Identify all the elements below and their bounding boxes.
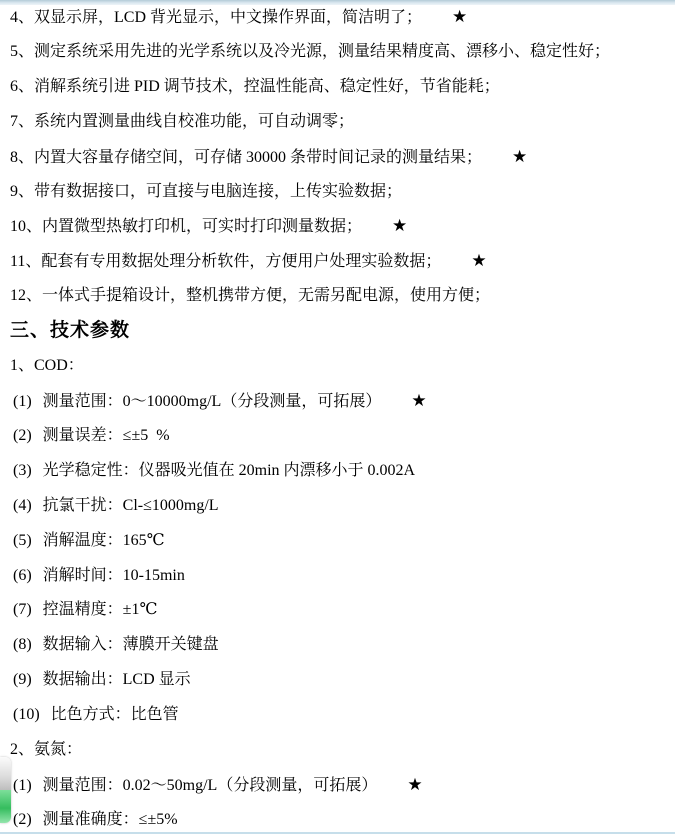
item-text: 抗氯干扰：Cl-≤1000mg/L [43,497,219,514]
feature-text: 9、带有数据接口，可直接与电脑连接，上传实验数据； [10,183,402,200]
document-content: 4、双显示屏，LCD 背光显示，中文操作界面，简洁明了；★5、测定系统采用先进的… [0,0,675,838]
cod-item-line: (1)测量范围：0～10000mg/L（分段测量，可拓展）★ [0,384,675,419]
bottom-border-line [0,832,675,834]
feature-text: 4、双显示屏，LCD 背光显示，中文操作界面，简洁明了； [10,9,422,26]
item-text: 测量范围：0.02～50mg/L（分段测量，可拓展） [43,777,378,794]
feature-text: 10、内置微型热敏打印机，可实时打印测量数据； [10,218,362,235]
item-number: (10) [13,698,40,733]
cod-title: 1、COD： [0,349,675,384]
item-number: (1) [13,769,32,803]
item-number: (1) [13,385,32,419]
item-number: (9) [13,663,32,698]
feature-line: 7、系统内置测量曲线自校准功能，可自动调零； [0,105,675,140]
section-heading-text: 三、技术参数 [10,320,130,341]
item-text: 测量范围：0～10000mg/L（分段测量，可拓展） [43,393,382,410]
item-text: 测量准确度：≤±5% [43,811,178,828]
item-number: (4) [13,489,32,524]
star-mark: ★ [411,391,426,410]
feature-line: 4、双显示屏，LCD 背光显示，中文操作界面，简洁明了；★ [0,0,675,35]
feature-line: 12、一体式手提箱设计，整机携带方便，无需另配电源，使用方便； [0,279,675,314]
item-text: 数据输入：薄膜开关键盘 [43,636,219,653]
side-widget-gray-half [0,757,11,790]
cod-item-line: (8)数据输入：薄膜开关键盘 [0,628,675,663]
item-number: (2) [13,419,32,454]
section-heading: 三、技术参数 [0,314,675,349]
item-text: 比色方式：比色管 [51,706,179,723]
cod-item-line: (9)数据输出：LCD 显示 [0,663,675,698]
feature-text: 6、消解系统引进 PID 调节技术，控温性能高、稳定性好，节省能耗； [10,78,500,95]
feature-text: 8、内置大容量存储空间，可存储 30000 条带时间记录的测量结果； [10,149,482,166]
star-mark: ★ [407,775,422,794]
item-text: 光学稳定性：仪器吸光值在 20min 内漂移小于 0.002A [43,462,415,479]
ammonia-item-line: (1)测量范围：0.02～50mg/L（分段测量，可拓展）★ [0,768,675,803]
ammonia-title: 2、氨氮： [0,733,675,768]
feature-line: 9、带有数据接口，可直接与电脑连接，上传实验数据； [0,175,675,210]
cod-item-line: (7)控温精度：±1℃ [0,593,675,628]
item-number: (7) [13,593,32,628]
floating-side-widget[interactable] [0,757,11,823]
item-number: (3) [13,454,32,489]
cod-item-line: (2)测量误差：≤±5 % [0,419,675,454]
item-text: 测量误差：≤±5 % [43,427,170,444]
feature-text: 11、配套有专用数据处理分析软件，方便用户处理实验数据； [10,253,441,270]
feature-text: 7、系统内置测量曲线自校准功能，可自动调零； [10,113,354,130]
cod-item-line: (6)消解时间：10-15min [0,559,675,594]
item-text: 控温精度：±1℃ [43,601,158,618]
feature-line: 10、内置微型热敏打印机，可实时打印测量数据；★ [0,209,675,244]
side-widget-green-half [0,790,11,823]
ammonia-title-text: 2、氨氮： [10,741,82,758]
cod-item-line: (10)比色方式：比色管 [0,698,675,733]
cod-item-line: (4)抗氯干扰：Cl-≤1000mg/L [0,489,675,524]
cod-item-line: (3)光学稳定性：仪器吸光值在 20min 内漂移小于 0.002A [0,454,675,489]
star-mark: ★ [512,147,527,166]
item-text: 消解温度：165℃ [43,532,165,549]
feature-line: 11、配套有专用数据处理分析软件，方便用户处理实验数据；★ [0,244,675,279]
feature-text: 12、一体式手提箱设计，整机携带方便，无需另配电源，使用方便； [10,287,490,304]
item-number: (5) [13,524,32,559]
item-text: 消解时间：10-15min [43,567,185,584]
feature-line: 8、内置大容量存储空间，可存储 30000 条带时间记录的测量结果；★ [0,140,675,175]
item-number: (8) [13,628,32,663]
star-mark: ★ [471,251,486,270]
cod-item-line: (5)消解温度：165℃ [0,524,675,559]
star-mark: ★ [452,7,467,26]
cod-title-text: 1、COD： [10,357,84,374]
feature-text: 5、测定系统采用先进的光学系统以及冷光源，测量结果精度高、漂移小、稳定性好； [10,43,610,60]
item-text: 数据输出：LCD 显示 [43,671,191,688]
item-number: (6) [13,559,32,594]
star-mark: ★ [392,216,407,235]
feature-line: 6、消解系统引进 PID 调节技术，控温性能高、稳定性好，节省能耗； [0,70,675,105]
feature-line: 5、测定系统采用先进的光学系统以及冷光源，测量结果精度高、漂移小、稳定性好； [0,35,675,70]
